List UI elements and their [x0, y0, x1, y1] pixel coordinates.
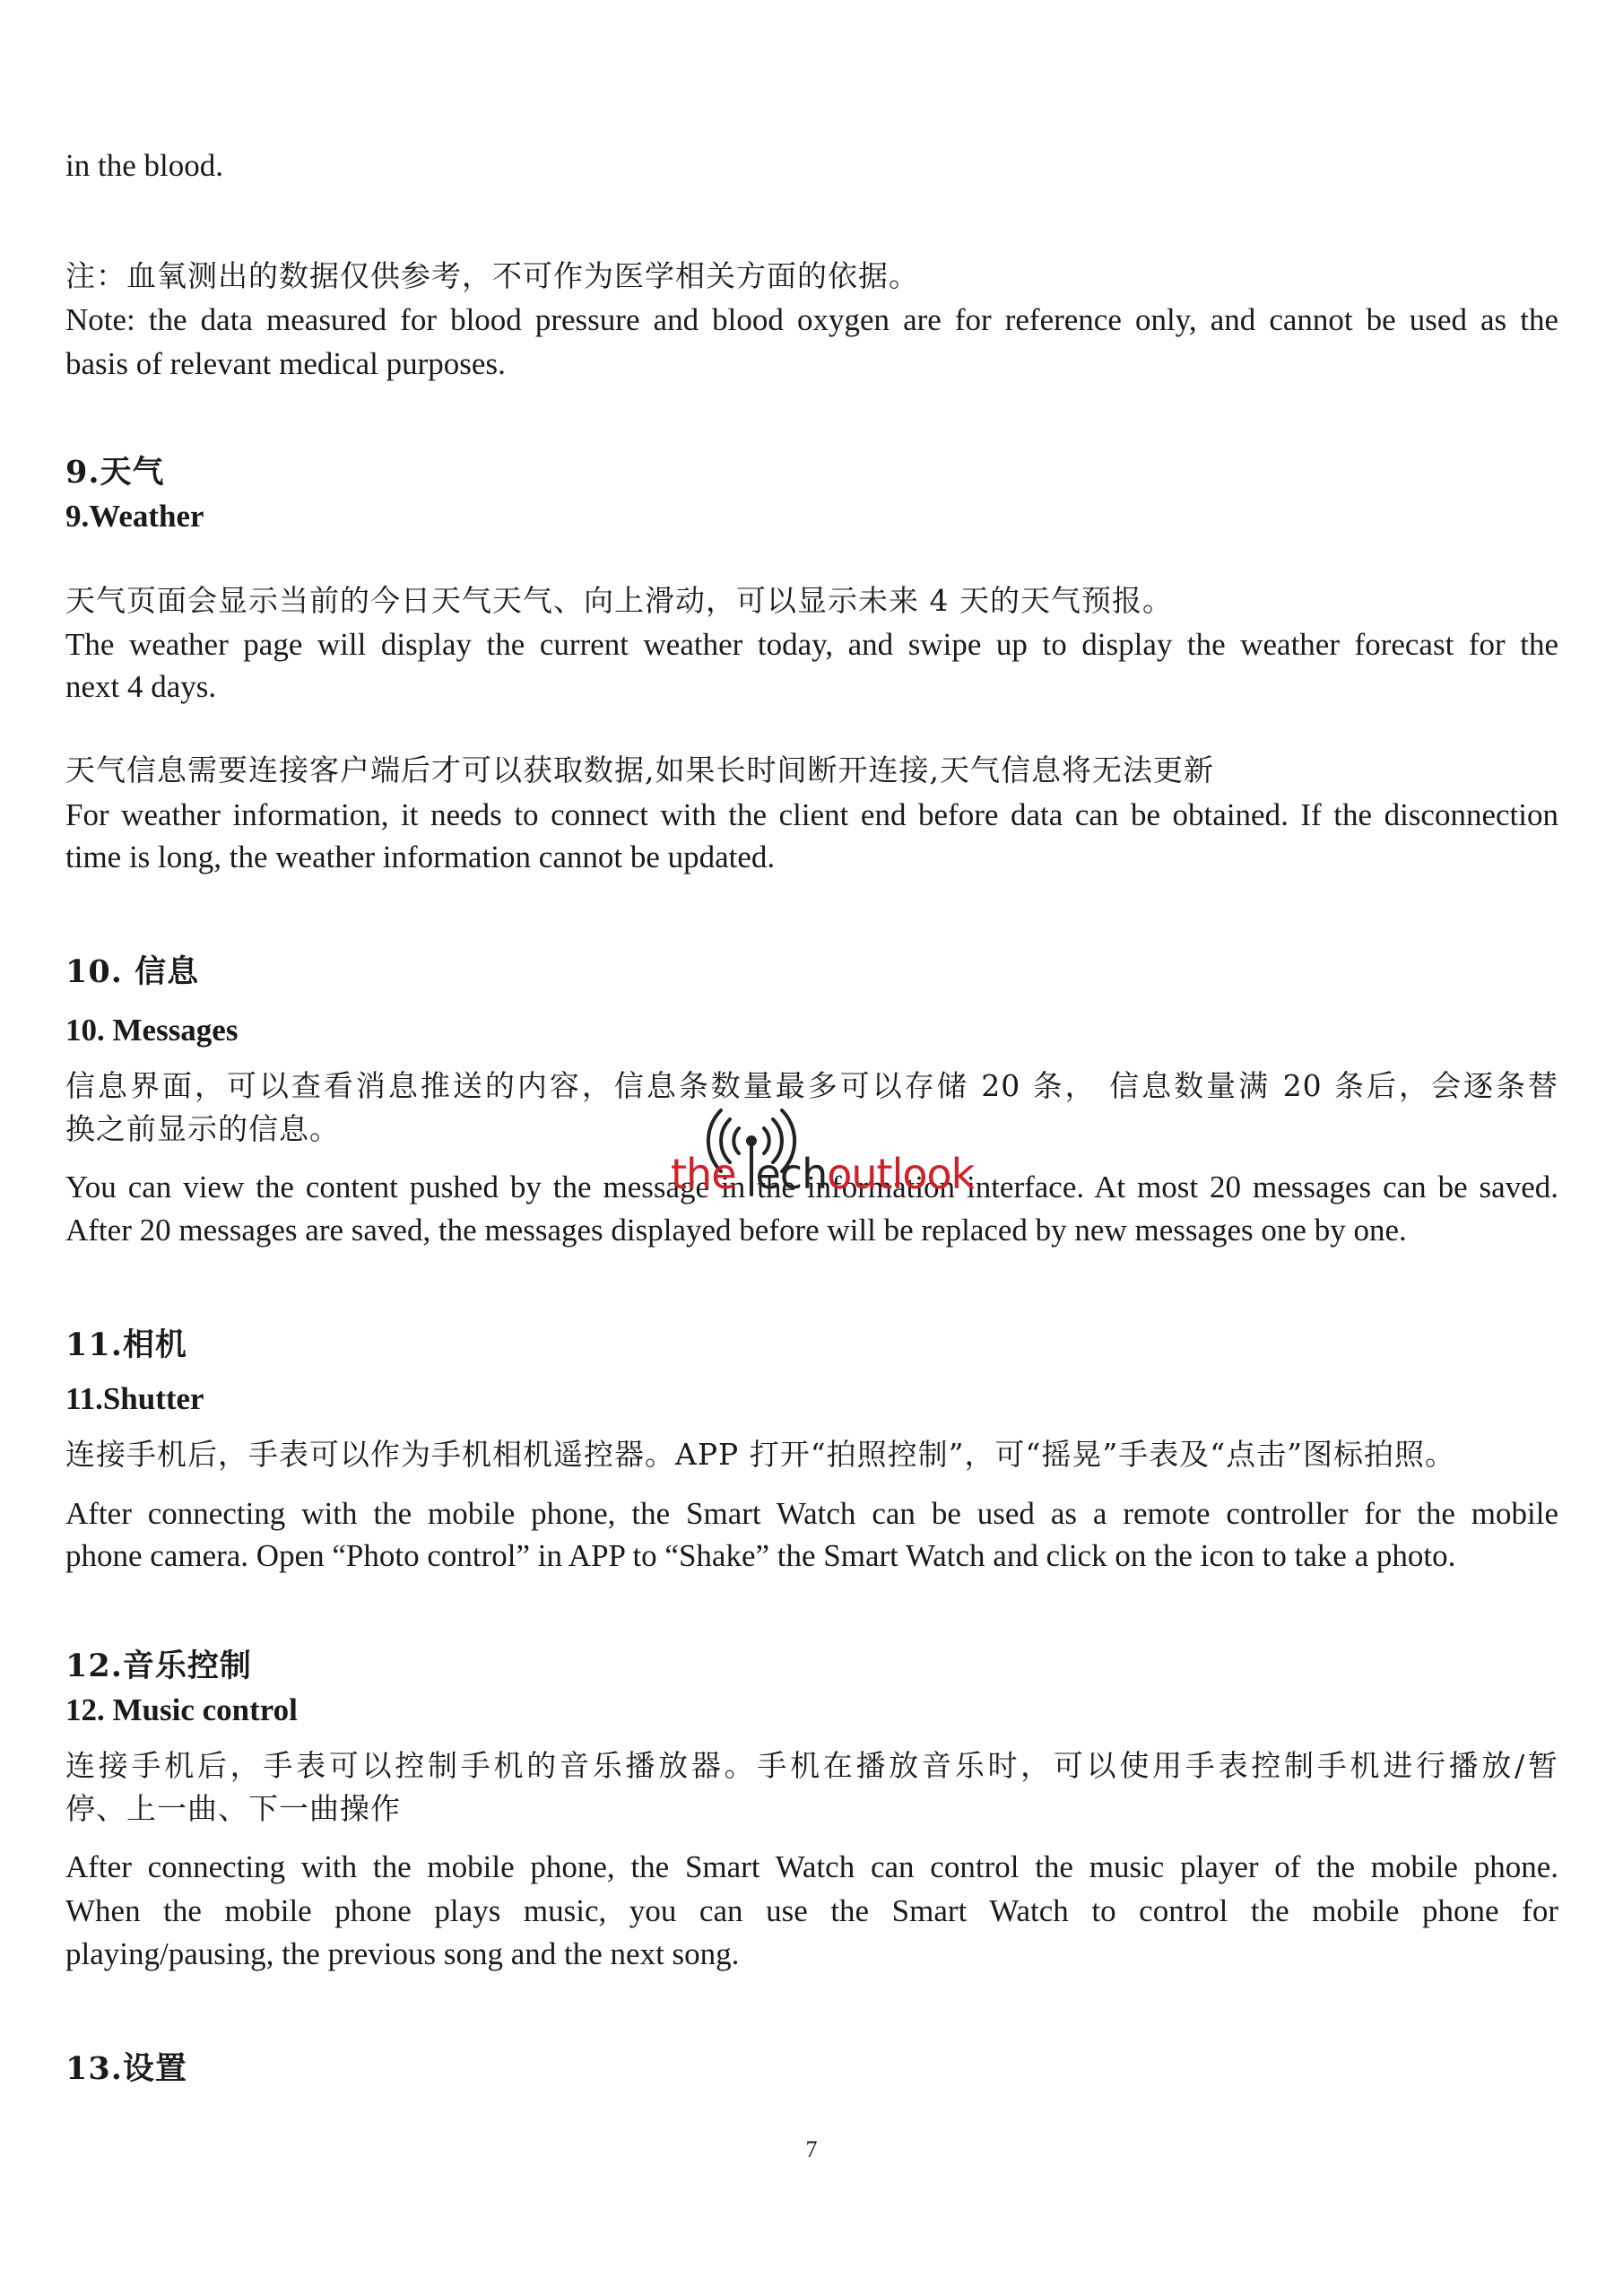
paragraph-cn: 停、上一曲、下一曲操作 [65, 1787, 1558, 1831]
section-heading-en: 10. Messages [65, 1009, 1558, 1052]
paragraph-cn: 天气信息需要连接客户端后才可以获取数据,如果长时间断开连接,天气信息将无法更新 [65, 749, 1558, 792]
paragraph-cn: 连接手机后，手表可以控制手机的音乐播放器。手机在播放音乐时，可以使用手表控制手机… [65, 1744, 1558, 1787]
paragraph-en-line: time is long, the weather information ca… [65, 836, 1558, 879]
paragraph-en-line: The weather page will display the curren… [65, 623, 1558, 666]
watermark-logo: theechoutlook [664, 1105, 959, 1204]
paragraph-cn: 信息界面，可以查看消息推送的内容，信息条数量最多可以存储 20 条， 信息数量满… [65, 1065, 1558, 1108]
section-heading-en: 11.Shutter [65, 1378, 1558, 1421]
paragraph-en-line: After connecting with the mobile phone, … [65, 1492, 1558, 1535]
paragraph-en-line: playing/pausing, the previous song and t… [65, 1933, 1558, 1976]
paragraph-cn: 天气页面会显示当前的今日天气天气、向上滑动，可以显示未来 4 天的天气预报。 [65, 579, 1558, 622]
section-heading-cn: 13.设置 [65, 2048, 1558, 2091]
section-heading-cn: 11.相机 [65, 1324, 1558, 1367]
paragraph-en-line: phone camera. Open “Photo control” in AP… [65, 1535, 1558, 1578]
section-heading-cn: 10. 信息 [65, 951, 1558, 994]
section-heading-en: 12. Music control [65, 1689, 1558, 1732]
section-heading-cn: 9.天气 [65, 451, 1558, 494]
paragraph-en-line: After connecting with the mobile phone, … [65, 1846, 1558, 1889]
watermark-text: theechoutlook [671, 1152, 974, 1196]
page-number: 7 [0, 2136, 1623, 2163]
watermark-part: the [671, 1150, 736, 1198]
body-text-continuation: in the blood. [65, 144, 1558, 187]
note-en-line: Note: the data measured for blood pressu… [65, 299, 1558, 342]
section-heading-cn: 12.音乐控制 [65, 1645, 1558, 1688]
paragraph-en-line: After 20 messages are saved, the message… [65, 1209, 1558, 1252]
paragraph-cn: 连接手机后，手表可以作为手机相机遥控器。APP 打开“拍照控制”，可“摇晃”手表… [65, 1433, 1558, 1476]
section-heading-en: 9.Weather [65, 495, 1558, 538]
watermark-part: ech [756, 1150, 828, 1198]
paragraph-en-line: next 4 days. [65, 665, 1558, 709]
paragraph-en-line: For weather information, it needs to con… [65, 794, 1558, 837]
watermark-part: outlook [827, 1150, 974, 1198]
paragraph-en-line: When the mobile phone plays music, you c… [65, 1890, 1558, 1933]
note-en-line: basis of relevant medical purposes. [65, 343, 1558, 386]
note-cn: 注：血氧测出的数据仅供参考，不可作为医学相关方面的依据。 [65, 255, 1558, 298]
